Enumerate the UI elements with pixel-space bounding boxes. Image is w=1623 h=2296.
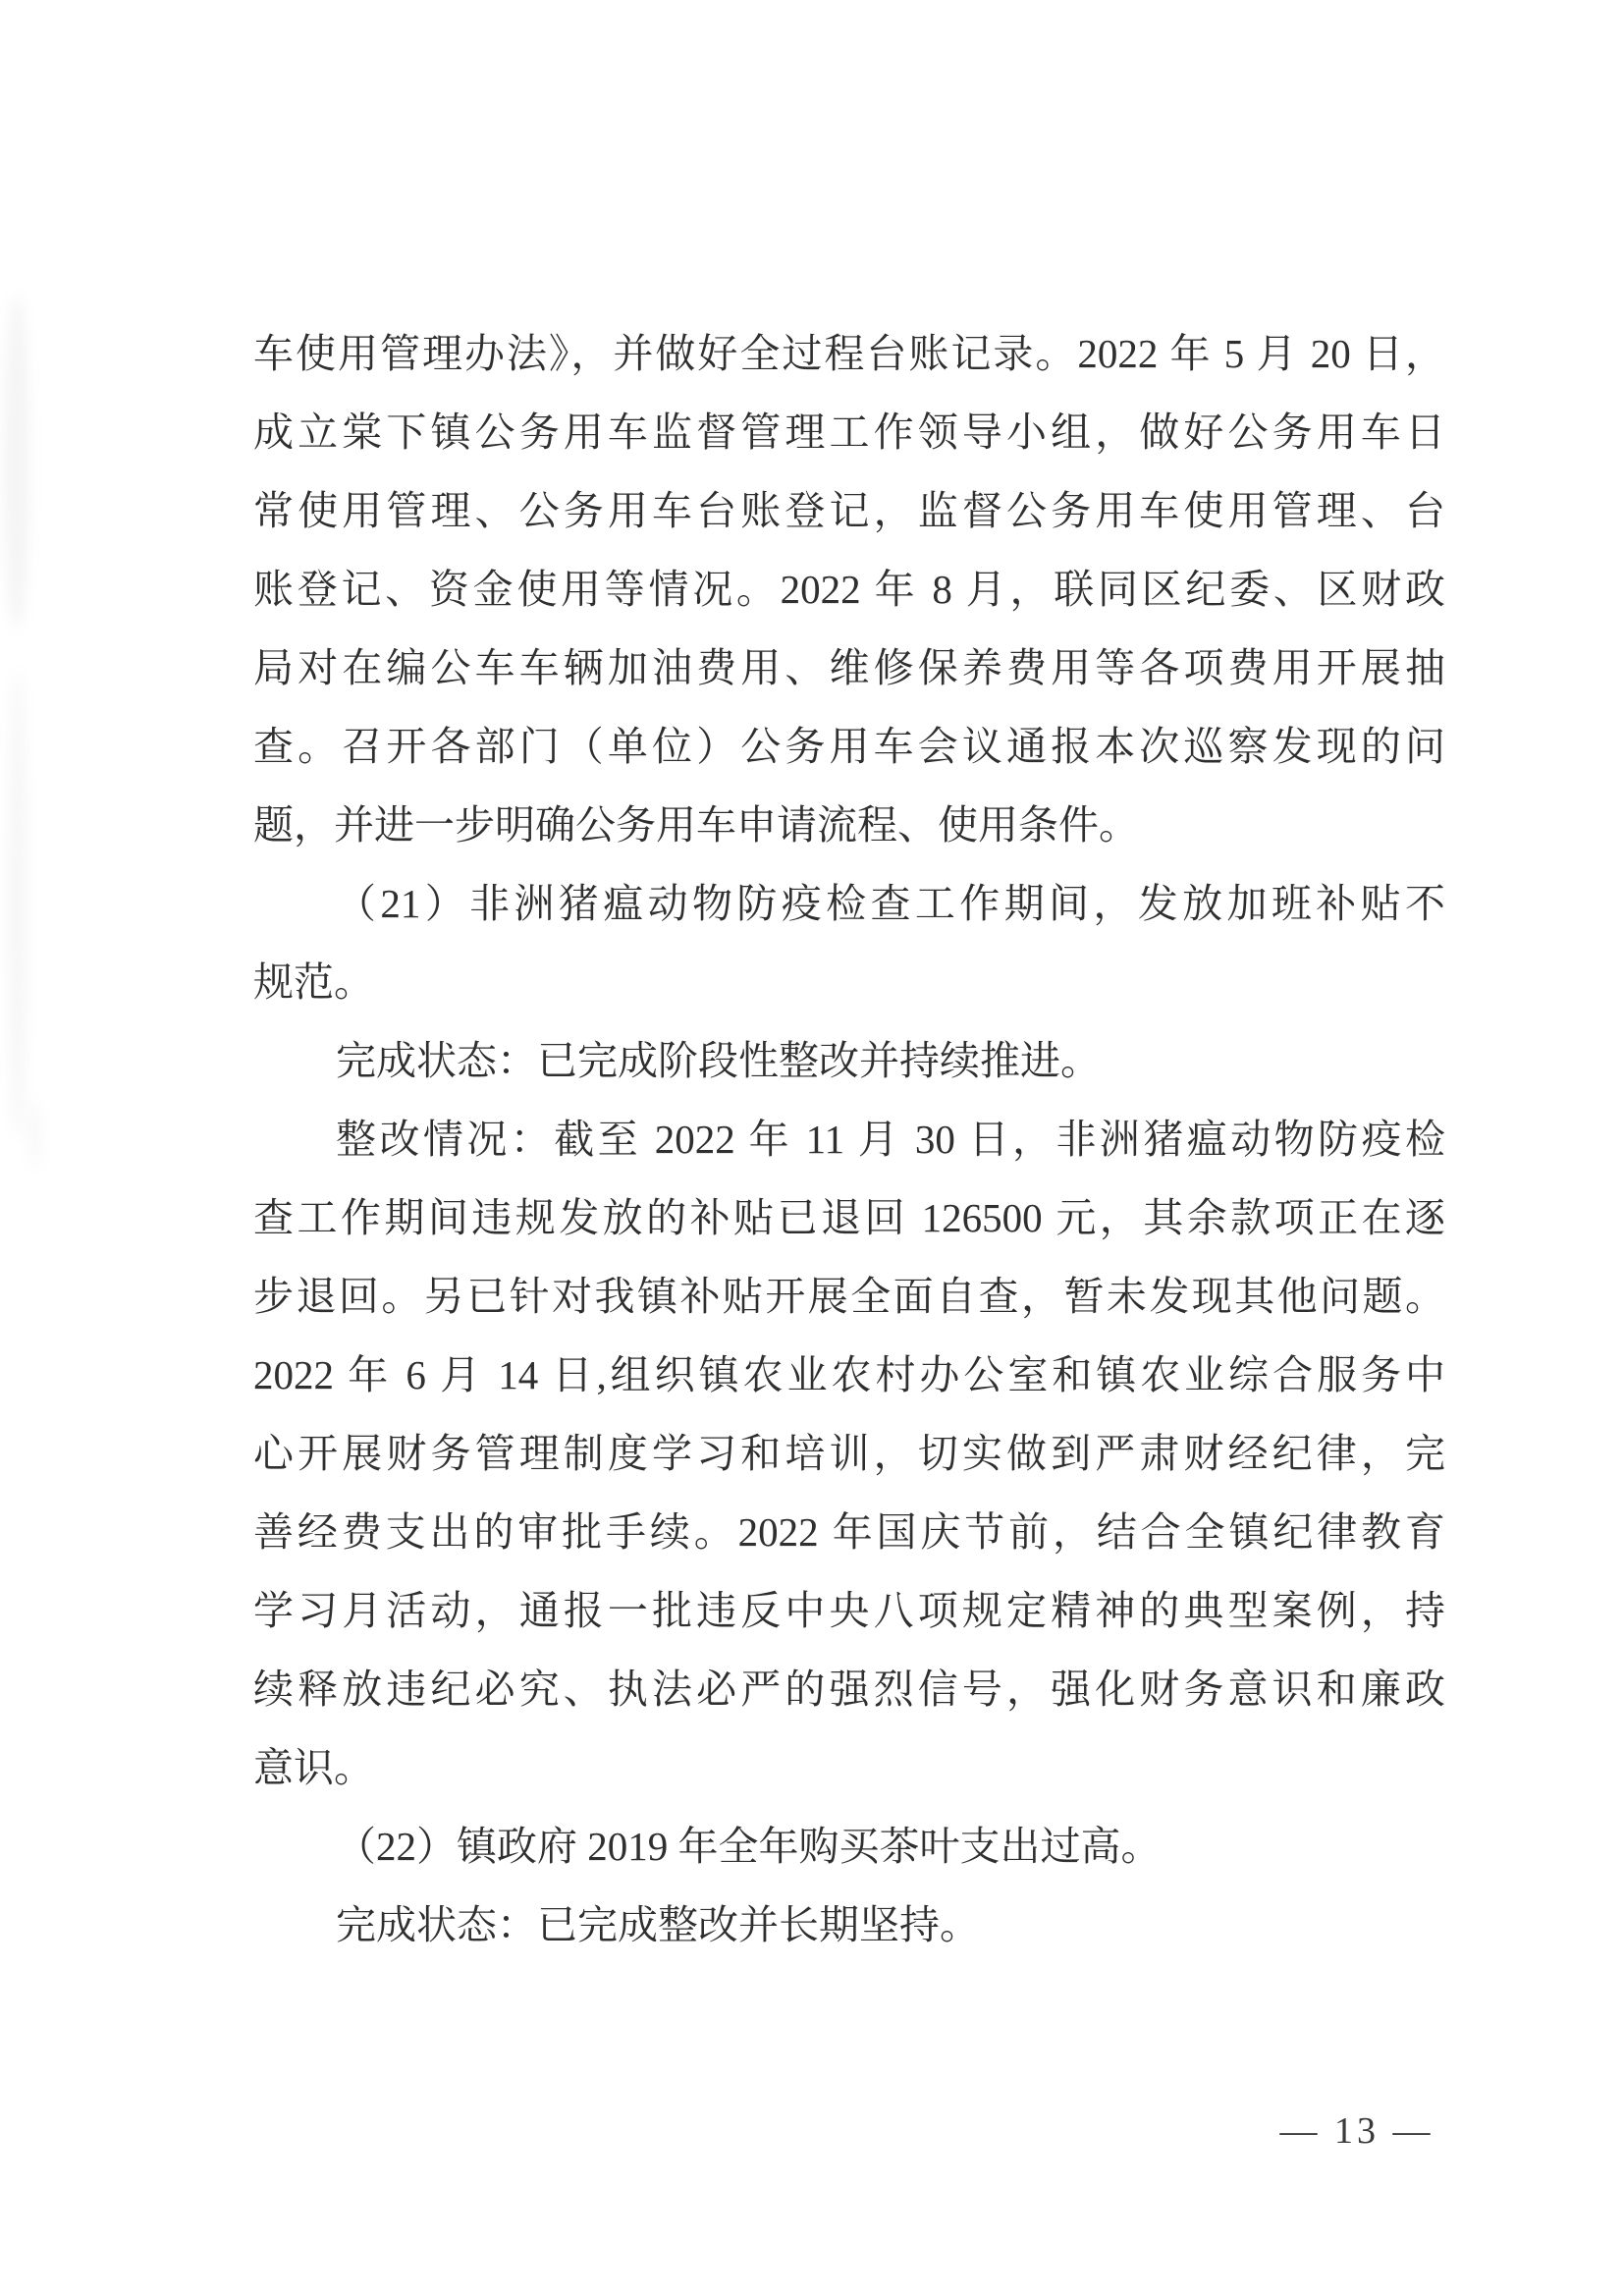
- text-line: 续释放违纪必究、执法必严的强烈信号，强化财务意识和廉政: [253, 1650, 1445, 1728]
- scan-artifact: [8, 668, 27, 1139]
- text-line: 意识。: [253, 1728, 1445, 1807]
- text-line: 局对在编公车车辆加油费用、维修保养费用等各项费用开展抽: [253, 629, 1445, 707]
- text-line: 完成状态：已完成整改并长期坚持。: [253, 1886, 1445, 1964]
- text-line: 完成状态：已完成阶段性整改并持续推进。: [253, 1021, 1445, 1100]
- scan-artifact: [4, 295, 29, 629]
- text-line: 整改情况：截至 2022 年 11 月 30 日，非洲猪瘟动物防疫检: [253, 1100, 1445, 1178]
- text-line: 成立棠下镇公务用车监督管理工作领导小组，做好公务用车日: [253, 393, 1445, 471]
- text-line: 善经费支出的审批手续。2022 年国庆节前，结合全镇纪律教育: [253, 1493, 1445, 1571]
- text-line: 车使用管理办法》，并做好全过程台账记录。2022 年 5 月 20 日，: [253, 314, 1445, 393]
- text-line: 学习月活动，通报一批违反中央八项规定精神的典型案例，持: [253, 1571, 1445, 1650]
- text-line: 题，并进一步明确公务用车申请流程、使用条件。: [253, 786, 1445, 864]
- text-line: 查工作期间违规发放的补贴已退回 126500 元，其余款项正在逐: [253, 1178, 1445, 1257]
- text-line: 心开展财务管理制度学习和培训，切实做到严肃财经纪律，完: [253, 1414, 1445, 1493]
- text-line: （21）非洲猪瘟动物防疫检查工作期间，发放加班补贴不: [253, 864, 1445, 943]
- document-page: 车使用管理办法》，并做好全过程台账记录。2022 年 5 月 20 日，成立棠下…: [0, 0, 1623, 2296]
- page-number: — 13 —: [1249, 2102, 1465, 2160]
- text-line: 账登记、资金使用等情况。2022 年 8 月，联同区纪委、区财政: [253, 550, 1445, 629]
- scan-artifact: [29, 1100, 41, 1169]
- text-line: 查。召开各部门（单位）公务用车会议通报本次巡察发现的问: [253, 707, 1445, 786]
- text-line: 2022 年 6 月 14 日,组织镇农业农村办公室和镇农业综合服务中: [253, 1336, 1445, 1414]
- document-body: 车使用管理办法》，并做好全过程台账记录。2022 年 5 月 20 日，成立棠下…: [253, 314, 1445, 1964]
- text-line: 规范。: [253, 943, 1445, 1021]
- text-line: （22）镇政府 2019 年全年购买茶叶支出过高。: [253, 1807, 1445, 1886]
- text-line: 常使用管理、公务用车台账登记，监督公务用车使用管理、台: [253, 471, 1445, 550]
- text-line: 步退回。另已针对我镇补贴开展全面自查，暂未发现其他问题。: [253, 1257, 1445, 1336]
